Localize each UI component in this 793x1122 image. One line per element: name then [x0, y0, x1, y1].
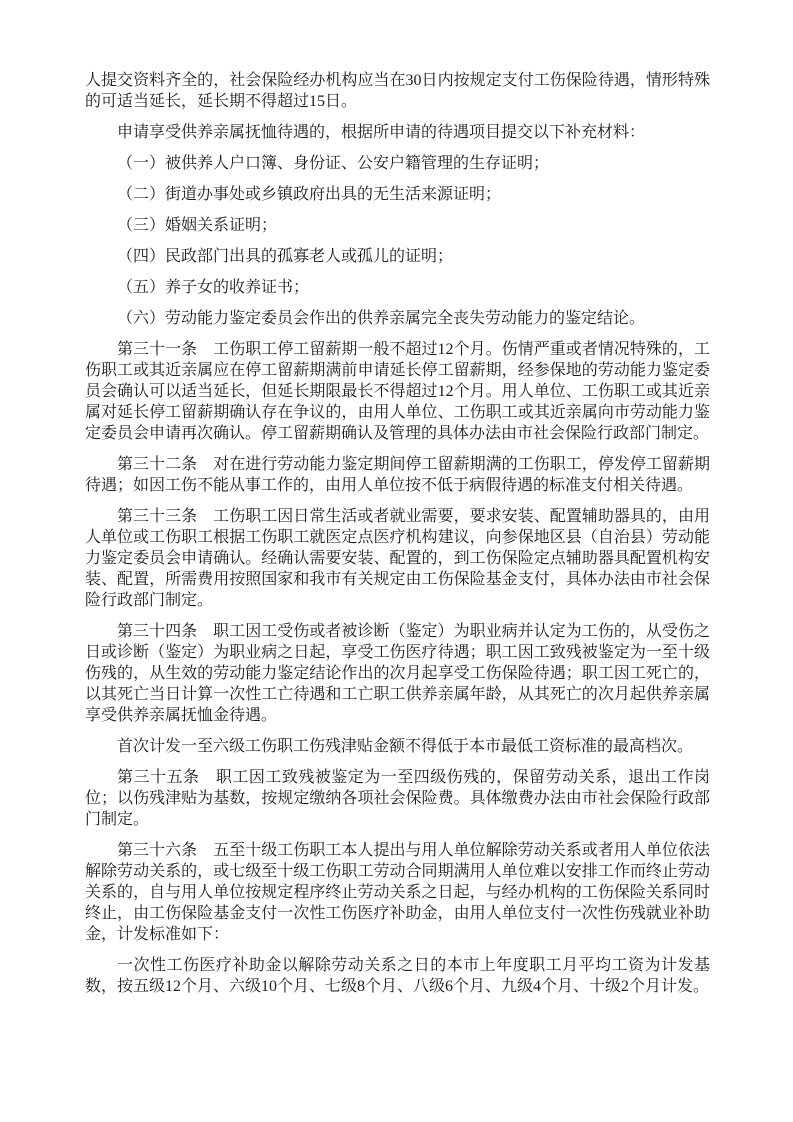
material-item-3: （三）婚姻关系证明； [85, 215, 710, 236]
article-32: 第三十二条 对在进行劳动能力鉴定期间停工留薪期满的工伤职工，停发停工留薪期待遇；… [85, 454, 710, 496]
paragraph-intro-continued: 人提交资料齐全的，社会保险经办机构应当在30日内按规定支付工伤保险待遇，情形特殊… [85, 70, 710, 112]
document-page: 人提交资料齐全的，社会保险经办机构应当在30日内按规定支付工伤保险待遇，情形特殊… [0, 0, 793, 1122]
material-item-2: （二）街道办事处或乡镇政府出具的无生活来源证明； [85, 184, 710, 205]
paragraph-disability-allowance-minimum: 首次计发一至六级工伤职工伤残津贴金额不得低于本市最低工资标准的最高档次。 [85, 736, 710, 757]
paragraph-medical-subsidy-standard: 一次性工伤医疗补助金以解除劳动关系之日的本市上年度职工月平均工资为计发基数，按五… [85, 955, 710, 997]
material-item-4: （四）民政部门出具的孤寡老人或孤儿的证明； [85, 246, 710, 267]
article-31: 第三十一条 工伤职工停工留薪期一般不超过12个月。伤情严重或者情况特殊的，工伤职… [85, 339, 710, 444]
material-item-5: （五）养子女的收养证书； [85, 277, 710, 298]
article-33: 第三十三条 工伤职工因日常生活或者就业需要，要求安装、配置辅助器具的，由用人单位… [85, 506, 710, 611]
article-35: 第三十五条 职工因工致残被鉴定为一至四级伤残的，保留劳动关系，退出工作岗位；以伤… [85, 767, 710, 830]
material-item-6: （六）劳动能力鉴定委员会作出的供养亲属完全丧失劳动能力的鉴定结论。 [85, 308, 710, 329]
article-36: 第三十六条 五至十级工伤职工本人提出与用人单位解除劳动关系或者用人单位依法解除劳… [85, 840, 710, 945]
article-34: 第三十四条 职工因工受伤或者被诊断（鉴定）为职业病并认定为工伤的，从受伤之日或诊… [85, 621, 710, 726]
material-item-1: （一）被供养人户口簿、身份证、公安户籍管理的生存证明； [85, 153, 710, 174]
paragraph-materials-intro: 申请享受供养亲属抚恤待遇的，根据所申请的待遇项目提交以下补充材料： [85, 122, 710, 143]
